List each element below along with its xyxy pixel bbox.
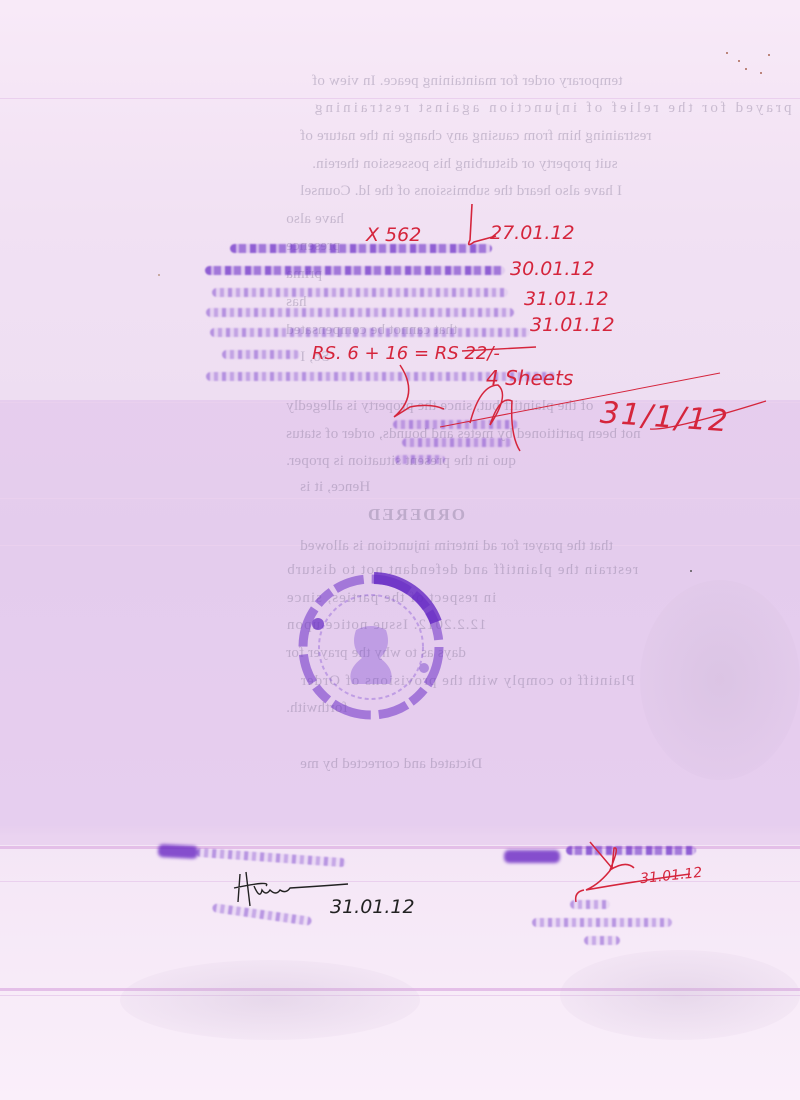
stamp-smudge-line <box>504 850 560 863</box>
bleed-text-line: I have also heard the submissions of the… <box>300 183 622 200</box>
underline-stroke <box>460 345 540 355</box>
bleed-text-line: temporary order for maintaining peace. I… <box>312 73 623 90</box>
bleed-text-line: that the prayer for ad interim injunctio… <box>300 538 613 555</box>
bleed-heading: ORDERED <box>366 505 465 525</box>
date-delivered: 31.01.12 <box>530 314 615 336</box>
paper-speck <box>726 52 728 54</box>
stamp-smudge-line <box>570 900 610 909</box>
scan-shadow <box>120 960 420 1040</box>
paper-speck <box>768 54 770 56</box>
paper-speck <box>690 570 692 572</box>
scan-shadow <box>640 580 800 780</box>
stamp-smudge-line <box>584 936 620 945</box>
stamp-smudge-line <box>210 328 530 337</box>
signature-tail-stroke <box>650 395 770 435</box>
bleed-text-line: prayed for the relief of injunction agai… <box>312 100 791 117</box>
date-received: 27.01.12 <box>490 222 575 244</box>
copy-application-number: X 562 <box>366 224 421 246</box>
paper-speck <box>158 274 160 276</box>
court-seal-icon <box>296 572 446 722</box>
bleed-text-line: have also <box>286 211 344 228</box>
paper-speck <box>760 72 762 74</box>
stamp-smudge-line <box>222 350 300 359</box>
stamp-smudge-line <box>395 455 445 464</box>
paper-speck <box>738 60 740 62</box>
stamp-smudge-line <box>532 918 672 927</box>
scan-shadow <box>560 950 800 1040</box>
stamp-smudge-line <box>230 244 492 253</box>
stamp-smudge-line <box>196 848 346 867</box>
bleed-text-line: Hence, it is <box>300 479 370 496</box>
bleed-text-line: suit property or disturbing his possessi… <box>312 156 618 173</box>
bleed-text-line: Dictated and corrected by me <box>300 756 482 773</box>
stamp-smudge-line <box>212 288 508 297</box>
rule-line <box>0 498 800 499</box>
left-signature-date: 31.01.12 <box>330 896 415 918</box>
stamp-smudge-line <box>205 266 505 275</box>
stamp-smudge-line <box>206 308 514 317</box>
stamp-smudge-line <box>158 844 199 859</box>
bleed-text-line: restraining him from causing any change … <box>300 128 652 145</box>
scanned-document-page: temporary order for maintaining peace. I… <box>0 0 800 1100</box>
rule-line <box>0 98 800 99</box>
date-ready: 31.01.12 <box>524 288 609 310</box>
date-notified: 30.01.12 <box>510 258 595 280</box>
paper-speck <box>745 68 747 70</box>
